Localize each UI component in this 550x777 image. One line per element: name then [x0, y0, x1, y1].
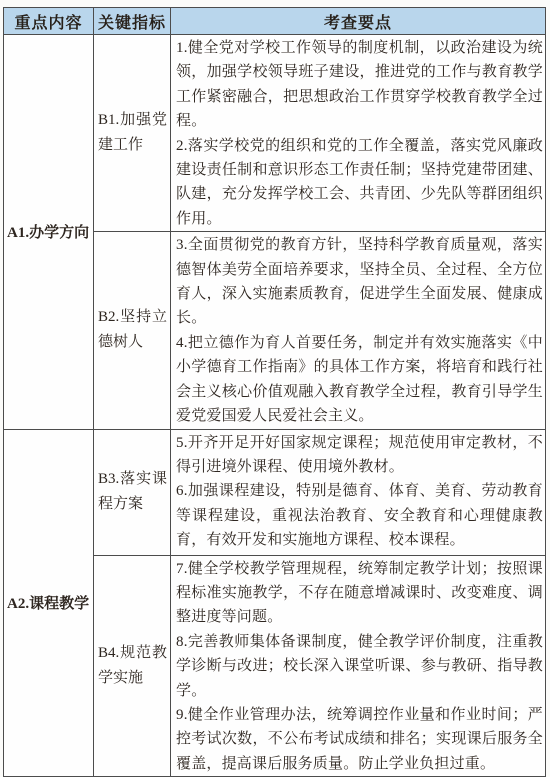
point-text-2: 2.落实学校党的组织和党的工作全覆盖，落实党风廉政建设责任制和意识形态工作责任制…: [176, 134, 543, 232]
header-key-content: 重点内容: [4, 8, 94, 35]
indicator-cell-b1: B1.加强党建工作: [94, 35, 171, 232]
indicator-cell-b4: B4.规范教学实施: [94, 555, 171, 723]
header-key-indicator: 关键指标: [94, 8, 171, 35]
indicator-cell-b2: B2.坚持立德树人: [94, 232, 171, 429]
point-text-4: 4.把立德作为育人首要任务，制定并有效实施落实《中小学德育工作指南》的具体工作方…: [176, 331, 543, 429]
point-text-7: 7.健全学校教学管理规程，统筹制定教学计划；按照课程标准实施教学，不存在随意增减…: [176, 557, 543, 630]
indicator-cell-b3: B3.落实课程方案: [94, 429, 171, 555]
points-cell-b1: 1.健全党对学校工作领导的制度机制，以政治建设为统领，加强学校领导班子建设，推进…: [171, 35, 546, 232]
table-row-b3: A2.课程教学 B3.落实课程方案 5.开齐开足开好国家规定课程；规范使用审定教…: [4, 429, 546, 555]
area-cell-a2: A2.课程教学: [4, 429, 94, 723]
point-text-6: 6.加强课程建设，特别是德育、体育、美育、劳动教育等课程建设，重视法治教育、安全…: [176, 479, 543, 552]
header-row: 重点内容 关键指标 考查要点: [4, 8, 546, 35]
points-cell-b4: 7.健全学校教学管理规程，统筹制定教学计划；按照课程标准实施教学，不存在随意增减…: [171, 555, 546, 723]
points-cell-b2: 3.全面贯彻党的教育方针，坚持科学教育质量观，落实德智体美劳全面培养要求，坚持全…: [171, 232, 546, 429]
point-text-8: 8.完善教师集体备课制度，健全教学评价制度，注重教学诊断与改进；校长深入课堂听课…: [176, 630, 543, 703]
header-examination-points: 考查要点: [171, 8, 546, 35]
point-text-5: 5.开齐开足开好国家规定课程；规范使用审定教材，不得引进境外课程、使用境外教材。: [176, 431, 543, 480]
evaluation-criteria-table: 重点内容 关键指标 考查要点 A1.办学方向 B1.加强党建工作 1.健全党对学…: [3, 7, 546, 723]
area-cell-a1: A1.办学方向: [4, 35, 94, 430]
point-text-9: 9.健全作业管理办法，统筹调控作业量和作业时间；严控考试次数，不公布考试成绩和排…: [176, 703, 543, 723]
point-text-1: 1.健全党对学校工作领导的制度机制，以政治建设为统领，加强学校领导班子建设，推进…: [176, 36, 543, 134]
table-row-b1: A1.办学方向 B1.加强党建工作 1.健全党对学校工作领导的制度机制，以政治建…: [4, 35, 546, 232]
point-text-3: 3.全面贯彻党的教育方针，坚持科学教育质量观，落实德智体美劳全面培养要求，坚持全…: [176, 233, 543, 331]
points-cell-b3: 5.开齐开足开好国家规定课程；规范使用审定教材，不得引进境外课程、使用境外教材。…: [171, 429, 546, 555]
